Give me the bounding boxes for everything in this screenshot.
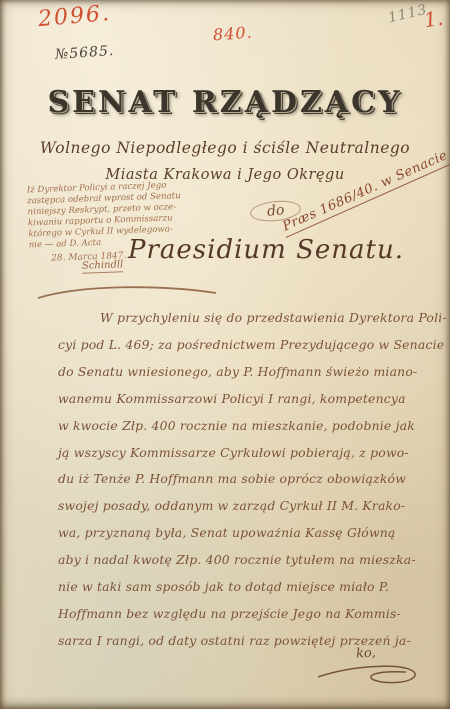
diagonal-registry-note: Præs 1686/40. w Senacie: [279, 146, 450, 238]
body-line: wa, przyznaną była, Senat upoważnia Kass…: [58, 520, 442, 547]
body-line: swojej posady, oddanym w zarząd Cyrkuł I…: [58, 493, 442, 520]
red-page-number: 1.: [422, 6, 445, 33]
document-number: №5685.: [55, 43, 115, 63]
body-line: w kwocie Złp. 400 rocznie na mieszkanie,…: [58, 413, 442, 440]
body-line: wanemu Kommissarzowi Policyi I rangi, ko…: [58, 386, 442, 413]
clerk-signature: Schindll: [82, 259, 124, 273]
pen-flourish-under-signature: [32, 281, 222, 303]
body-line: nie w taki sam sposób jak to dotąd miejs…: [58, 574, 442, 601]
body-line: Hoffmann bez względu na przejście Jego n…: [58, 601, 442, 628]
body-line: aby i nadal kwotę Złp. 400 rocznie tytuł…: [58, 547, 442, 574]
pen-flourish-catchword: [310, 657, 430, 691]
body-line: ją wszyscy Kommissarze Cyrkułowi pobiera…: [58, 440, 442, 467]
scanned-document-page: 2096. 840. 1113 1. №5685. SENAT RZĄDZĄCY…: [0, 0, 450, 709]
body-line: sarza I rangi, od daty ostatni raz powzi…: [58, 628, 442, 655]
letterhead-title: SENAT RZĄDZĄCY: [0, 85, 450, 120]
recipient-line: Praesidium Senatu.: [128, 235, 404, 265]
registry-number-top-left: 2096.: [37, 1, 112, 32]
letter-body: W przychyleniu się do przedstawienia Dyr…: [58, 305, 442, 655]
letterhead-subtitle-line1: Wolnego Niepodległego i ściśle Neutralne…: [0, 139, 450, 157]
registry-number-top-center: 840.: [212, 23, 253, 45]
body-line: du iż Tenże P. Hoffmann ma sobie oprócz …: [58, 466, 442, 493]
body-line: do Senatu wniesionego, aby P. Hoffmann ś…: [58, 359, 442, 386]
body-line: W przychyleniu się do przedstawienia Dyr…: [58, 305, 442, 332]
body-line: cyi pod L. 469; za pośrednictwem Prezydu…: [58, 332, 442, 359]
